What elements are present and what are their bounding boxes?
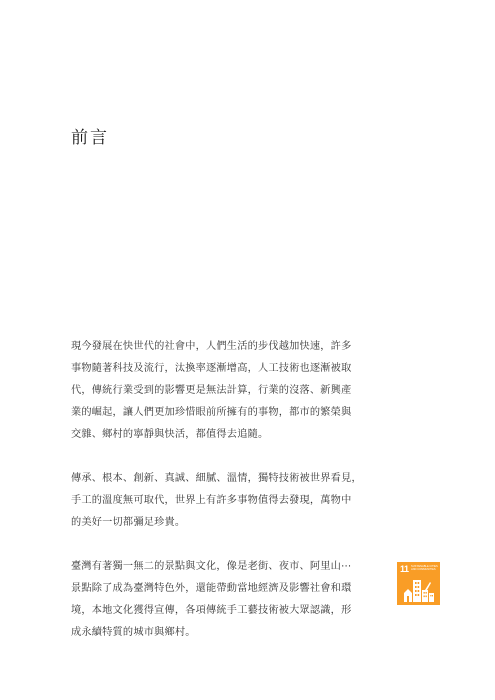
text-line: 臺灣有著獨一無二的景點與文化，像是老街、夜市、阿里山⋯ bbox=[71, 556, 341, 578]
sdg-11-badge: 11 SUSTAINABLE CITIES AND COMMUNITIES bbox=[397, 562, 440, 605]
text-line: 業的崛起，讓人們更加珍惜眼前所擁有的事物，都市的繁榮與 bbox=[71, 402, 341, 424]
text-line: 境，本地文化獲得宣傳，各項傳統手工藝技術被大眾認識，形 bbox=[71, 600, 341, 622]
text-line: 代，傳統行業受到的影響更是無法計算，行業的沒落、新興產 bbox=[71, 380, 341, 402]
paragraph-2: 傳承、根本、創新、真誠、細膩、溫情，獨特技術被世界看見， 手工的溫度無可取代，世… bbox=[71, 468, 341, 534]
text-line: 傳承、根本、創新、真誠、細膩、溫情，獨特技術被世界看見， bbox=[71, 468, 341, 490]
sdg-number: 11 bbox=[400, 564, 409, 574]
text-line: 景點除了成為臺灣特色外，還能帶動當地經濟及影響社會和環 bbox=[71, 578, 341, 600]
text-line: 事物隨著科技及流行，汰換率逐漸增高，人工技術也逐漸被取 bbox=[71, 358, 341, 380]
city-buildings-icon bbox=[403, 576, 435, 603]
body-text: 現今發展在快世代的社會中，人們生活的步伐越加快速，許多 事物隨著科技及流行，汰換… bbox=[71, 336, 341, 666]
page-title: 前言 bbox=[71, 123, 109, 148]
text-line: 手工的溫度無可取代，世界上有許多事物值得去發現，萬物中 bbox=[71, 490, 341, 512]
sdg-label: SUSTAINABLE CITIES AND COMMUNITIES bbox=[411, 565, 438, 571]
text-line: 現今發展在快世代的社會中，人們生活的步伐越加快速，許多 bbox=[71, 336, 341, 358]
paragraph-1: 現今發展在快世代的社會中，人們生活的步伐越加快速，許多 事物隨著科技及流行，汰換… bbox=[71, 336, 341, 446]
text-line: 交雜、鄉村的寧靜與快活，都值得去追隨。 bbox=[71, 424, 341, 446]
paragraph-3: 臺灣有著獨一無二的景點與文化，像是老街、夜市、阿里山⋯ 景點除了成為臺灣特色外，… bbox=[71, 556, 341, 644]
text-line: 的美好一切都彌足珍貴。 bbox=[71, 512, 341, 534]
text-line: 成永續特質的城市與鄉村。 bbox=[71, 622, 341, 644]
